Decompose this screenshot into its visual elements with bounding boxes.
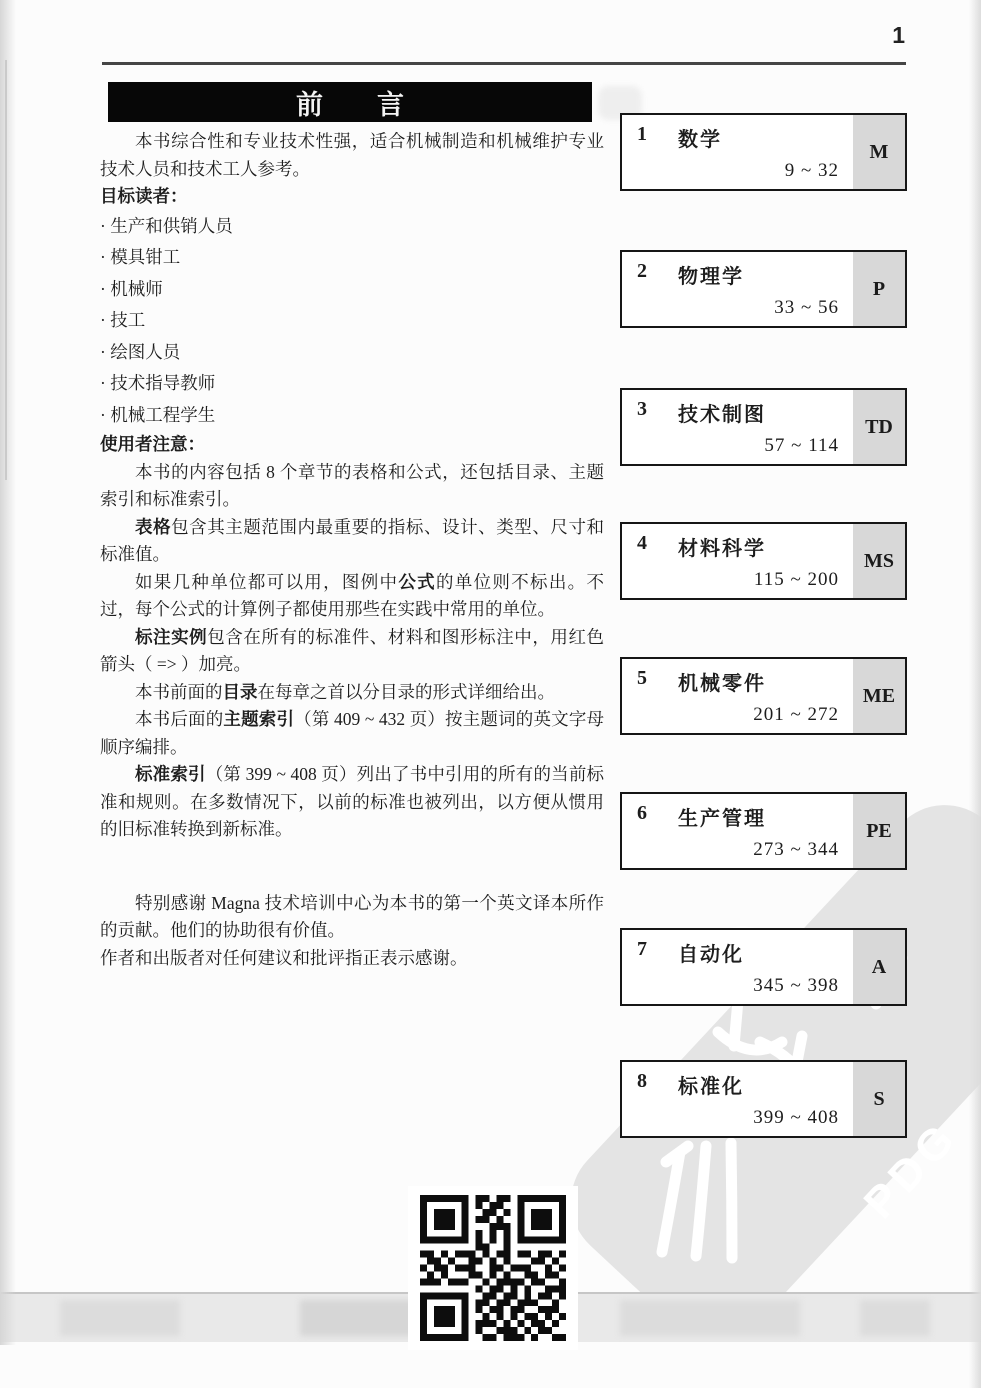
paragraph: 本书的内容包括 8 个章节的表格和公式，还包括目录、主题索引和标准索引。	[100, 459, 604, 514]
reader-list-item: · 生产和供销人员	[100, 211, 604, 243]
chapter-number: 5	[637, 667, 647, 690]
chapter-number: 4	[637, 532, 647, 555]
reader-list-item: · 机械师	[100, 274, 604, 306]
section-heading: 目标读者：	[100, 183, 604, 211]
chapter-page-range: 33 ~ 56	[774, 297, 839, 319]
scan-smudge	[60, 1300, 180, 1336]
reader-list-item: · 技术指导教师	[100, 368, 604, 400]
chapter-title: 自动化	[678, 938, 744, 967]
chapter-tab-label: PE	[853, 794, 905, 868]
scanned-book-page: 1 前 言 本书综合性和专业技术性强，适合机械制造和机械维护专业技术人员和技术工…	[0, 0, 981, 1388]
reader-list-item: · 模具钳工	[100, 242, 604, 274]
chapter-box-4: 4材料科学115 ~ 200MS	[620, 522, 907, 600]
chapter-tab-label: M	[853, 115, 905, 189]
paragraph: 本书前面的目录在每章之首以分目录的形式详细给出。	[100, 679, 604, 707]
paragraph: 标准索引（第 399 ~ 408 页）列出了书中引用的所有的当前标准和规则。在多…	[100, 761, 604, 844]
chapter-page-range: 57 ~ 114	[764, 435, 839, 457]
chapter-title: 技术制图	[678, 398, 766, 427]
chapter-page-range: 115 ~ 200	[754, 569, 839, 591]
chapter-box-1: 1数学9 ~ 32M	[620, 113, 907, 191]
chapter-box-3: 3技术制图57 ~ 114TD	[620, 388, 907, 466]
chapter-page-range: 201 ~ 272	[753, 704, 839, 726]
chapter-box-5: 5机械零件201 ~ 272ME	[620, 657, 907, 735]
paragraph: 如果几种单位都可以用，图例中公式的单位则不标出。不过，每个公式的计算例子都使用那…	[100, 569, 604, 624]
reader-list-item: · 绘图人员	[100, 337, 604, 369]
chapter-number: 2	[637, 260, 647, 283]
chapter-tab-label: S	[853, 1062, 905, 1136]
chapter-tab-label: TD	[853, 390, 905, 464]
preface-title-bar: 前 言	[108, 82, 592, 122]
chapter-number: 8	[637, 1070, 647, 1093]
chapter-number: 1	[637, 123, 647, 146]
chapter-box-2: 2物理学33 ~ 56P	[620, 250, 907, 328]
chapter-box-6: 6生产管理273 ~ 344PE	[620, 792, 907, 870]
page-crease	[5, 60, 7, 480]
chapter-tab-label: MS	[853, 524, 905, 598]
chapter-page-range: 9 ~ 32	[785, 160, 839, 182]
chapter-number: 7	[637, 938, 647, 961]
chapter-page-range: 345 ~ 398	[753, 975, 839, 997]
qr-code	[408, 1186, 578, 1350]
chapter-box-7: 7自动化345 ~ 398A	[620, 928, 907, 1006]
chapter-tab-label: A	[853, 930, 905, 1004]
chapter-tab-label: ME	[853, 659, 905, 733]
section-heading: 使用者注意：	[100, 431, 604, 459]
preface-title-char: 前	[296, 83, 323, 122]
chapter-title: 机械零件	[678, 667, 766, 696]
reader-list-item: · 机械工程学生	[100, 400, 604, 432]
qr-code-modules	[418, 1195, 568, 1341]
chapter-number: 6	[637, 802, 647, 825]
paragraph: 特别感谢 Magna 技术培训中心为本书的第一个英文译本所作的贡献。他们的协助很…	[100, 890, 604, 945]
chapter-number: 3	[637, 398, 647, 421]
page-number: 1	[892, 22, 905, 49]
chapter-title: 数学	[678, 123, 722, 152]
scan-smudge	[860, 1300, 930, 1336]
chapter-page-range: 273 ~ 344	[753, 839, 839, 861]
page-right-edge-shadow	[969, 0, 981, 1388]
paragraph: 本书综合性和专业技术性强，适合机械制造和机械维护专业技术人员和技术工人参考。	[100, 128, 604, 183]
chapter-box-8: 8标准化399 ~ 408S	[620, 1060, 907, 1138]
chapter-tab-label: P	[853, 252, 905, 326]
paragraph: 表格包含其主题范围内最重要的指标、设计、类型、尺寸和标准值。	[100, 514, 604, 569]
header-rule	[102, 62, 906, 65]
page-left-edge-shadow	[0, 0, 16, 1345]
paragraph: 标注实例包含在所有的标准件、材料和图形标注中，用红色箭头（ => ）加亮。	[100, 624, 604, 679]
preface-title-char: 言	[377, 83, 404, 122]
scan-smudge	[620, 1300, 800, 1336]
reader-list-item: · 技工	[100, 305, 604, 337]
chapter-page-range: 399 ~ 408	[753, 1107, 839, 1129]
preface-text-column: 本书综合性和专业技术性强，适合机械制造和机械维护专业技术人员和技术工人参考。目标…	[100, 128, 604, 972]
chapter-title: 生产管理	[678, 802, 766, 831]
chapter-title: 标准化	[678, 1070, 744, 1099]
chapter-title: 物理学	[678, 260, 744, 289]
paragraph: 本书后面的主题索引（第 409 ~ 432 页）按主题词的英文字母顺序编排。	[100, 706, 604, 761]
paragraph: 作者和出版者对任何建议和批评指正表示感谢。	[100, 945, 604, 973]
chapter-title: 材料科学	[678, 532, 766, 561]
